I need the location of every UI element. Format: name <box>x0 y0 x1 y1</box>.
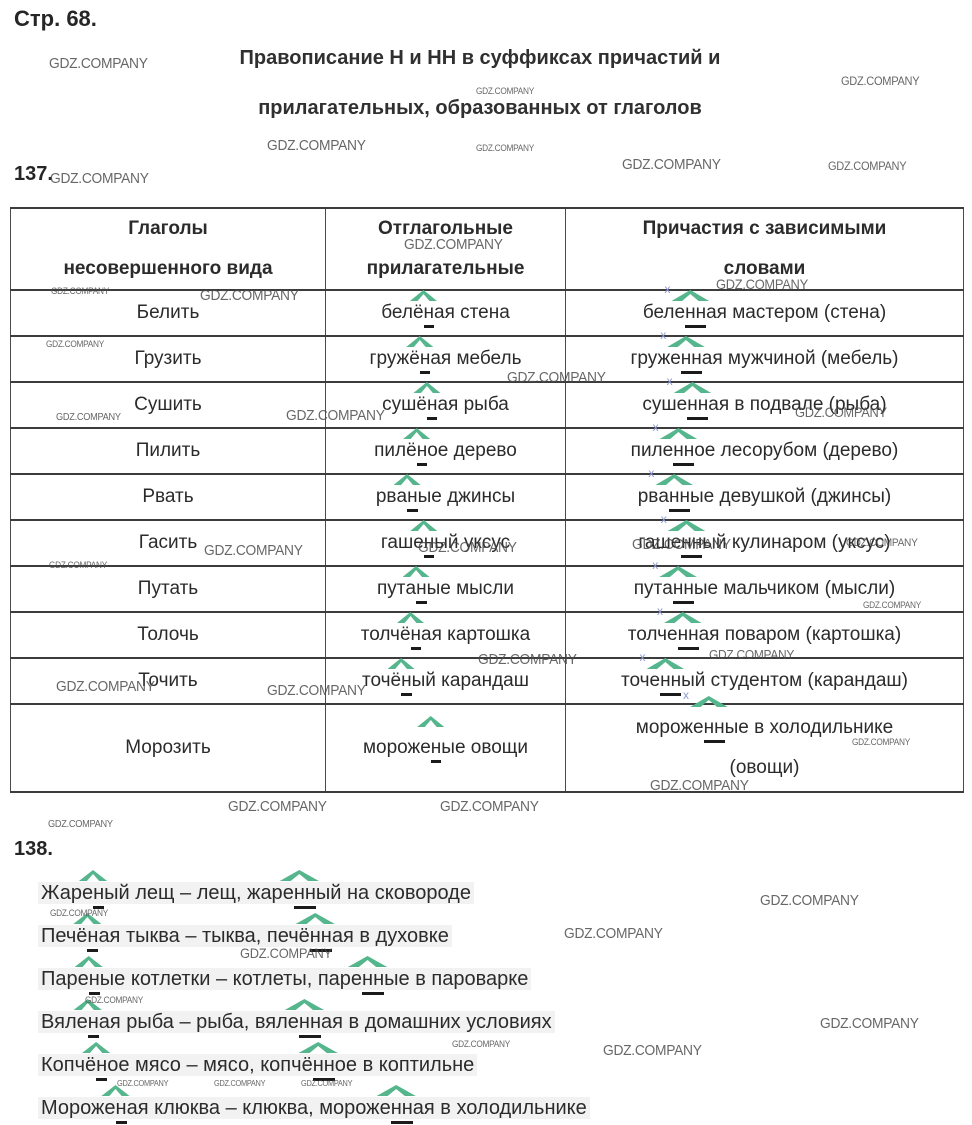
suffix-letter: а <box>658 486 669 507</box>
suffix-caret-group: хенн <box>663 440 695 462</box>
page: Стр. 68. Правописание Н и НН в суффиксах… <box>0 0 972 1125</box>
suffix-letter: е <box>380 1097 391 1119</box>
example-line: Мороженая клюква – клюква, мороженная в … <box>38 1083 590 1125</box>
x-mark: х <box>648 467 654 479</box>
n-underline: нн <box>681 532 702 558</box>
watermark: GDZ.COMPANY <box>476 143 534 153</box>
x-mark: х <box>683 689 689 701</box>
n-underline: н <box>420 348 431 374</box>
n-underline: нн <box>313 1054 335 1081</box>
header-adjectives: Отглагольные прилагательные <box>326 208 566 290</box>
exercise-137-number: 137. <box>14 163 53 186</box>
example-line: Вяленая рыба – рыба, вяленная в домашних… <box>38 997 590 1040</box>
participle-cell: белхенная мастером (стена) <box>566 290 964 336</box>
header-participles-line2: словами <box>570 257 959 281</box>
suffix-letter: е <box>78 968 89 990</box>
suffix-caret-group: ен <box>77 1011 99 1034</box>
n-underline: нн <box>687 394 708 420</box>
n-underline: н <box>401 670 412 696</box>
adjective-cell: рваные джинсы <box>326 474 566 520</box>
participle-cell: гашхенный кулинаром (уксус) <box>566 520 964 566</box>
n-underline: н <box>417 440 428 466</box>
n-underline: нн <box>673 440 694 466</box>
n-underline: н <box>424 532 435 558</box>
suffix-letter: ё <box>409 348 420 369</box>
n-underline: нн <box>681 348 702 374</box>
suffix-letter: е <box>77 1011 88 1033</box>
table-row: Сушитьсушёная рыбасушхенная в подвале (р… <box>11 382 964 428</box>
suffix-caret-group: хенн <box>650 670 682 692</box>
suffix-caret-group: хенн <box>677 394 709 416</box>
header-verbs-line2: несовершенного вида <box>15 257 321 281</box>
suffix-caret-group: хенн <box>671 532 703 554</box>
table-row: Пилитьпилёное деревопилхенное лесорубом … <box>11 428 964 474</box>
verb-cell: Толочь <box>11 612 326 658</box>
suffix-letter: е <box>675 302 686 323</box>
watermark: GDZ.COMPANY <box>760 892 859 909</box>
table-header: Глаголы несовершенного вида Отглагольные… <box>11 208 964 290</box>
watermark: GDZ.COMPANY <box>50 170 149 187</box>
suffix-letter: ё <box>400 624 411 645</box>
n-underline: нн <box>310 925 332 952</box>
suffix-caret-group: ён <box>76 925 98 948</box>
n-underline: нн <box>669 486 690 512</box>
n-underline: нн <box>391 1097 413 1124</box>
exercise-138-number: 138. <box>14 838 53 861</box>
header-participles-line1: Причастия с зависимыми <box>570 217 959 241</box>
table-body: Белитьбелёная стенабелхенная мастером (с… <box>11 290 964 792</box>
suffix-caret-group: ханн <box>662 578 694 600</box>
x-mark: х <box>640 651 646 663</box>
verb-cell: Путать <box>11 566 326 612</box>
n-underline: н <box>88 1011 99 1038</box>
suffix-letter: е <box>288 1011 299 1033</box>
header-adjectives-line2: прилагательные <box>330 257 561 281</box>
n-underline: нн <box>362 968 384 995</box>
suffix-caret-group: хенн <box>667 624 699 646</box>
n-underline: н <box>424 302 435 328</box>
suffix-letter: ё <box>85 1054 96 1076</box>
suffix-letter: ё <box>302 1054 313 1076</box>
suffix-letter: ё <box>76 925 87 947</box>
n-underline: нн <box>299 1011 321 1038</box>
suffix-caret-group: хенн <box>670 348 702 370</box>
suffix-caret-group: ханн <box>658 486 690 508</box>
verb-cell: Точить <box>11 658 326 704</box>
suffix-letter: е <box>693 717 704 738</box>
suffix-caret-group: хенн <box>693 708 725 748</box>
suffix-letter: ё <box>391 670 402 691</box>
n-underline: нн <box>685 302 706 328</box>
adjective-cell: сушёная рыба <box>326 382 566 428</box>
n-underline: н <box>407 486 418 512</box>
grammar-table: Глаголы несовершенного вида Отглагольные… <box>10 207 964 793</box>
x-mark: х <box>661 513 667 525</box>
n-underline: н <box>89 968 100 995</box>
n-underline: н <box>427 394 438 420</box>
x-mark: х <box>660 329 666 341</box>
suffix-letter: е <box>420 737 431 758</box>
x-mark: х <box>653 421 659 433</box>
verb-cell: Морозить <box>11 704 326 792</box>
suffix-caret-group: ан <box>406 578 427 600</box>
suffix-caret-group: ён <box>85 1054 107 1077</box>
n-underline: н <box>87 925 98 952</box>
verb-cell: Грузить <box>11 336 326 382</box>
table-row: Точитьточёный карандашточхенный студенто… <box>11 658 964 704</box>
n-underline: нн <box>660 670 681 696</box>
n-underline: нн <box>704 717 725 743</box>
suffix-caret-group: ён <box>400 624 421 646</box>
n-underline: н <box>116 1097 127 1124</box>
example-line: Копчёное мясо – мясо, копчённое в коптил… <box>38 1040 590 1083</box>
header-participles: Причастия с зависимыми словами <box>566 208 964 290</box>
verb-cell: Сушить <box>11 382 326 428</box>
watermark: GDZ.COMPANY <box>440 798 539 815</box>
example-line: Жареный лещ – лещ, жаренный на сковороде <box>38 868 590 911</box>
n-underline: нн <box>673 578 694 604</box>
suffix-letter: ё <box>413 302 424 323</box>
n-underline: нн <box>294 882 316 909</box>
n-underline: н <box>96 1054 107 1081</box>
table-row: Гаситьгашеный уксусгашхенный кулинаром (… <box>11 520 964 566</box>
adjective-cell: пилёное дерево <box>326 428 566 474</box>
n-underline: н <box>431 737 442 763</box>
suffix-letter: а <box>662 578 673 599</box>
suffix-caret-group: ён <box>406 440 427 462</box>
suffix-letter: е <box>82 882 93 904</box>
x-mark: х <box>665 283 671 295</box>
suffix-letter: а <box>406 578 417 599</box>
verb-cell: Белить <box>11 290 326 336</box>
table-row: Белитьбелёная стенабелхенная мастером (с… <box>11 290 964 336</box>
suffix-caret-group: ен <box>413 532 434 554</box>
watermark: GDZ.COMPANY <box>603 1042 702 1059</box>
watermark: GDZ.COMPANY <box>267 137 366 154</box>
suffix-letter: е <box>667 624 678 645</box>
adjective-cell: точёный карандаш <box>326 658 566 704</box>
suffix-caret-group: ённ <box>302 1054 335 1077</box>
table-row: Толочьтолчёная картошкатолчхенная поваро… <box>11 612 964 658</box>
participle-cell: толчхенная поваром (картошка) <box>566 612 964 658</box>
suffix-caret-group: енн <box>380 1097 413 1120</box>
example-line-text: Печёная тыква – тыква, печённая в духовк… <box>38 925 452 947</box>
adjective-cell: белёная стена <box>326 290 566 336</box>
header-verbs: Глаголы несовершенного вида <box>11 208 326 290</box>
example-line-text: Пареные котлетки – котлеты, паренные в п… <box>38 968 531 990</box>
n-underline: нн <box>678 624 699 650</box>
suffix-caret-group: ен <box>78 968 100 991</box>
verb-cell: Гасить <box>11 520 326 566</box>
x-mark: х <box>657 605 663 617</box>
suffix-letter: е <box>677 394 688 415</box>
verb-cell: Пилить <box>11 428 326 474</box>
watermark: GDZ.COMPANY <box>228 798 327 815</box>
suffix-letter: е <box>351 968 362 990</box>
n-underline: н <box>411 624 422 650</box>
watermark: GDZ.COMPANY <box>622 156 721 173</box>
suffix-letter: е <box>671 532 682 553</box>
table-header-row: Глаголы несовершенного вида Отглагольные… <box>11 208 964 290</box>
table-row: Рватьрваные джинсырвханные девушкой (джи… <box>11 474 964 520</box>
suffix-letter: е <box>104 1097 115 1119</box>
page-label: Стр. 68. <box>14 6 97 32</box>
title-line-1: Правописание Н и НН в суффиксах причасти… <box>0 46 960 70</box>
table-row: Путатьпутаные мыслипутханные мальчиком (… <box>11 566 964 612</box>
title-line-2: прилагательных, образованных от глаголов <box>0 96 960 120</box>
adjective-cell: гружёная мебель <box>326 336 566 382</box>
participle-cell: рвханные девушкой (джинсы) <box>566 474 964 520</box>
suffix-letter: е <box>283 882 294 904</box>
suffix-caret-group: ан <box>397 486 418 508</box>
suffix-caret-group: ён <box>416 394 437 416</box>
suffix-caret-group: ен <box>82 882 104 905</box>
suffix-letter: е <box>413 532 424 553</box>
example-line-text: Копчёное мясо – мясо, копчённое в коптил… <box>38 1054 477 1076</box>
suffix-letter: е <box>670 348 681 369</box>
example-line-text: Вяленая рыба – рыба, вяленная в домашних… <box>38 1011 555 1033</box>
x-mark: х <box>652 559 658 571</box>
example-line-text: Жареный лещ – лещ, жаренный на сковороде <box>38 882 474 904</box>
suffix-letter: е <box>650 670 661 691</box>
example-line: Пареные котлетки – котлеты, паренные в п… <box>38 954 590 997</box>
adjective-cell: гашеный уксус <box>326 520 566 566</box>
suffix-caret-group: ён <box>413 302 434 324</box>
suffix-caret-group: енн <box>351 968 384 991</box>
example-line-text: Мороженая клюква – клюква, мороженная в … <box>38 1097 590 1119</box>
participle-cell: морожхенные в холодильнике(овощи) <box>566 704 964 792</box>
suffix-caret-group: ён <box>391 670 412 692</box>
n-underline: н <box>93 882 104 909</box>
n-underline: н <box>416 578 427 604</box>
header-adjectives-line1: Отглагольные <box>330 217 561 241</box>
suffix-caret-group: енн <box>283 882 316 905</box>
suffix-caret-group: ён <box>409 348 430 370</box>
suffix-letter: ё <box>299 925 310 947</box>
page-title: Правописание Н и НН в суффиксах причасти… <box>0 46 960 120</box>
suffix-caret-group: ен <box>420 728 441 768</box>
participle-cell: гружхенная мужчиной (мебель) <box>566 336 964 382</box>
suffix-caret-group: енн <box>288 1011 321 1034</box>
table-row: Морозитьмороженые овощиморожхенные в хол… <box>11 704 964 792</box>
adjective-cell: путаные мысли <box>326 566 566 612</box>
participle-cell: путханные мальчиком (мысли) <box>566 566 964 612</box>
header-verbs-line1: Глаголы <box>15 217 321 241</box>
participle-cell: точхенный студентом (карандаш) <box>566 658 964 704</box>
suffix-letter: ё <box>406 440 417 461</box>
suffix-caret-group: хенн <box>675 302 707 324</box>
suffix-letter: е <box>663 440 674 461</box>
watermark: GDZ.COMPANY <box>828 159 906 173</box>
suffix-caret-group: ённ <box>299 925 332 948</box>
watermark: GDZ.COMPANY <box>820 1015 919 1032</box>
table-row: Грузитьгружёная мебельгружхенная мужчино… <box>11 336 964 382</box>
example-line: Печёная тыква – тыква, печённая в духовк… <box>38 911 590 954</box>
verb-cell: Рвать <box>11 474 326 520</box>
x-mark: х <box>667 375 673 387</box>
participle-cell: сушхенная в подвале (рыба) <box>566 382 964 428</box>
suffix-letter: а <box>397 486 408 507</box>
participle-cell: пилхенное лесорубом (дерево) <box>566 428 964 474</box>
suffix-letter: ё <box>416 394 427 415</box>
suffix-caret-group: ен <box>104 1097 126 1120</box>
exercise-138-examples: Жареный лещ – лещ, жаренный на сковороде… <box>38 868 590 1125</box>
adjective-cell: мороженые овощи <box>326 704 566 792</box>
watermark: GDZ.COMPANY <box>48 819 113 830</box>
adjective-cell: толчёная картошка <box>326 612 566 658</box>
